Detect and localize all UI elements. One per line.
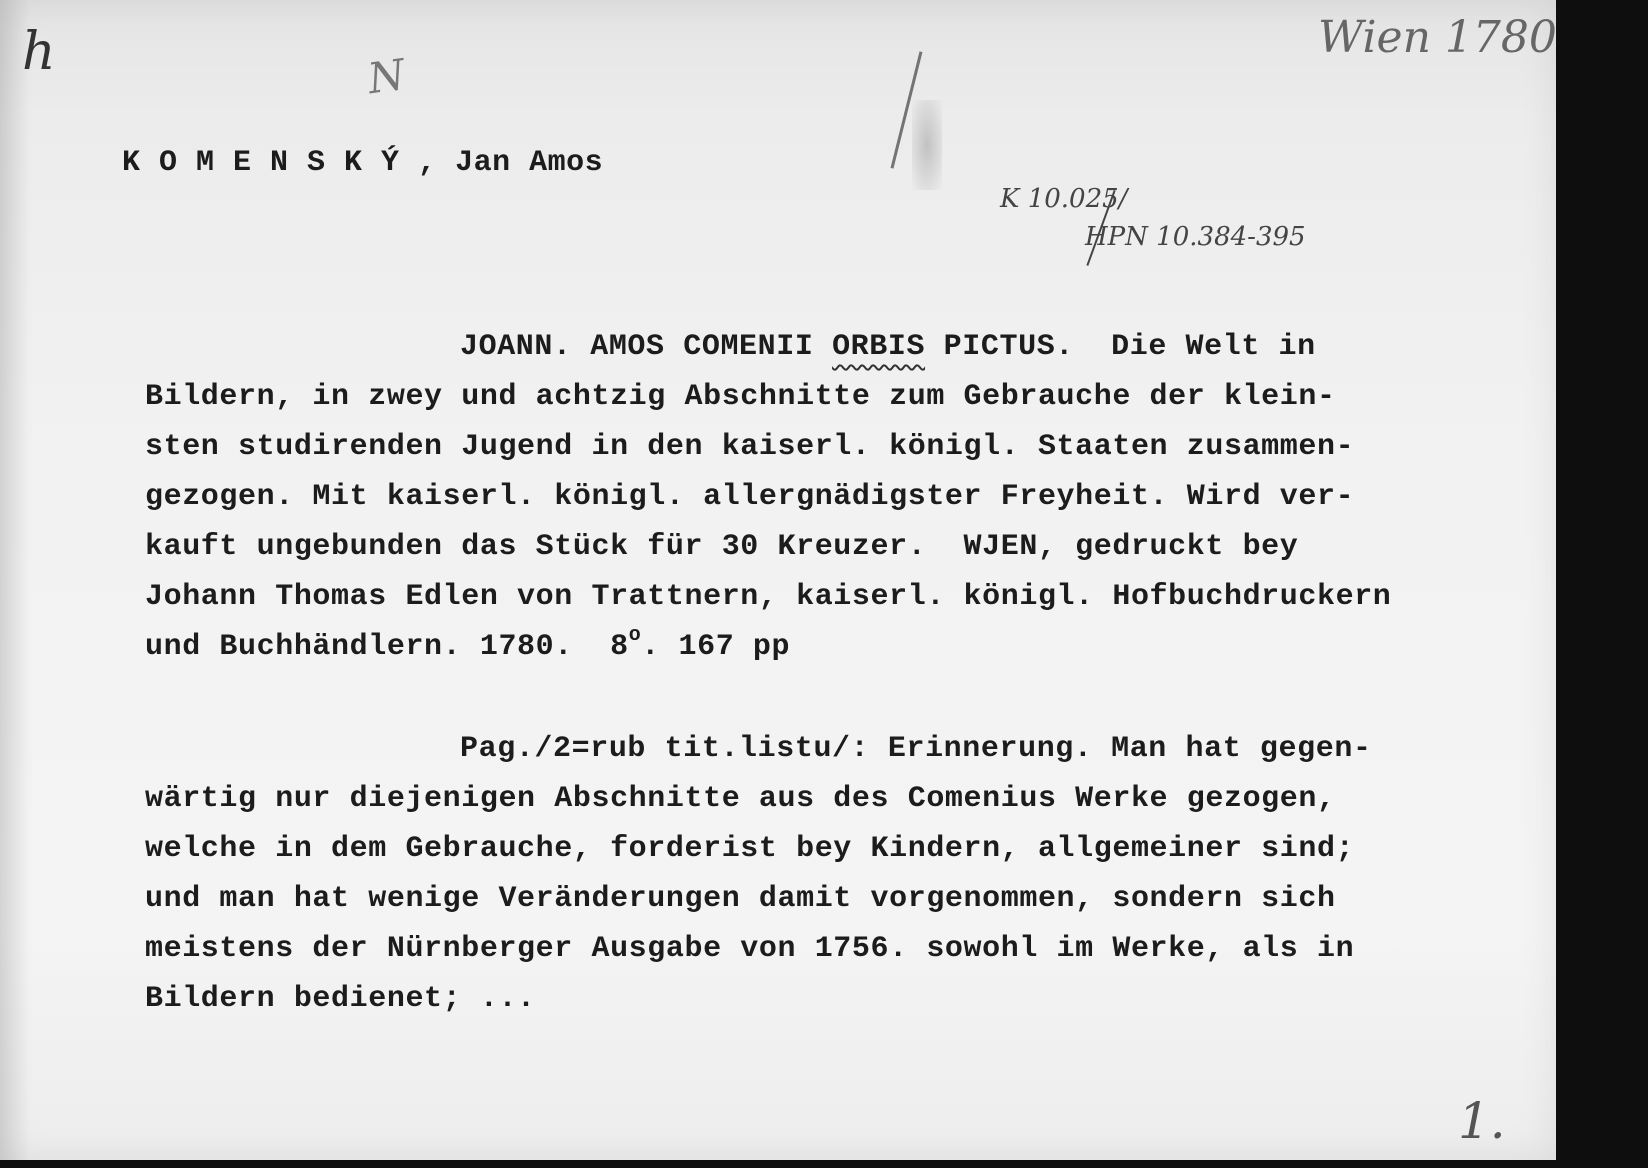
pagination: . 167 pp [641, 630, 790, 664]
handwritten-pencil-mark: N [365, 50, 408, 104]
title-line: gezogen. Mit kaiserl. königl. allergnädi… [145, 480, 1354, 514]
note-line: Bildern bedienet; ... [145, 982, 536, 1016]
note-line: welche in dem Gebrauche, forderist bey K… [145, 832, 1354, 866]
catalog-card: h N Wien 1780 K O M E N S K Ý , Jan Amos… [0, 0, 1556, 1160]
note-line: meistens der Nürnberger Ausgabe von 1756… [145, 932, 1354, 966]
title-lead: JOANN. AMOS COMENII [460, 330, 832, 364]
imprint-line: und Buchhändlern. 1780. 8 [145, 630, 629, 664]
shelf-signature-2: HPN 10.384-395 [1085, 222, 1306, 252]
title-underlined-word: ORBIS [832, 330, 925, 364]
author-heading: K O M E N S K Ý , Jan Amos [122, 138, 603, 188]
author-surname: K O M E N S K Ý [122, 146, 400, 180]
title-line: sten studirenden Jugend in den kaiserl. … [145, 430, 1354, 464]
title-line: kauft ungebunden das Stück für 30 Kreuze… [145, 530, 1298, 564]
handwritten-place-year: Wien 1780 [1318, 12, 1557, 63]
note-line: wärtig nur diejenigen Abschnitte aus des… [145, 782, 1336, 816]
heading-separator: , [400, 146, 456, 180]
handwritten-corner-mark: h [22, 22, 56, 82]
note-first-line: Pag./2=rub tit.listu/: Erinnerung. Man h… [460, 732, 1372, 766]
title-entry: JOANN. AMOS COMENII ORBIS PICTUS. Die We… [145, 322, 1391, 672]
title-line: Johann Thomas Edlen von Trattnern, kaise… [145, 580, 1391, 614]
note-line: und man hat wenige Veränderungen damit v… [145, 882, 1336, 916]
title-first-line-rest: PICTUS. Die Welt in [925, 330, 1316, 364]
author-given-names: Jan Amos [455, 146, 603, 180]
format-superscript: o [629, 624, 642, 647]
note-entry: Pag./2=rub tit.listu/: Erinnerung. Man h… [145, 724, 1372, 1024]
title-line: Bildern, in zwey und achtzig Abschnitte … [145, 380, 1336, 414]
ink-smudge [912, 100, 942, 190]
handwritten-card-number: 1. [1458, 1092, 1506, 1150]
